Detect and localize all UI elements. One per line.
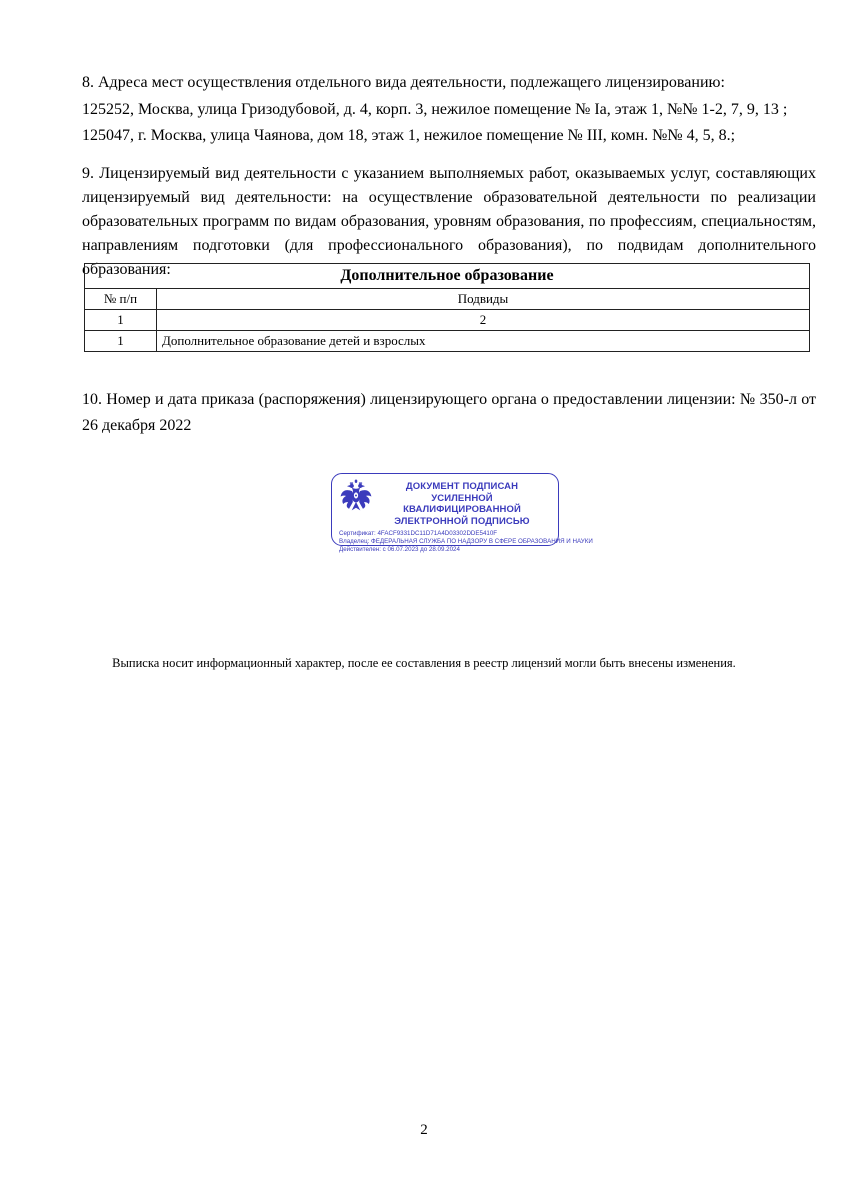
table-title-row: Дополнительное образование (85, 264, 810, 289)
stamp-certificate-line: Сертификат: 4FACF9331DC11D71A4D03302DDE5… (339, 530, 551, 538)
stamp-title-line: УСИЛЕННОЙ КВАЛИФИЦИРОВАННОЙ (373, 493, 551, 516)
section-9-line: направлениям подготовки (для профессиона… (82, 234, 816, 258)
additional-education-table: Дополнительное образование № п/п Подвиды… (84, 263, 810, 352)
stamp-validity-line: Действителен: с 06.07.2023 до 28.09.2024 (339, 546, 551, 554)
coat-of-arms-icon (339, 478, 373, 514)
section-10-line: 10. Номер и дата приказа (распоряжения) … (82, 387, 816, 413)
section-9-line: лицензируемый вид деятельности: на осуще… (82, 186, 816, 210)
column-header-subtypes: Подвиды (157, 289, 810, 310)
index-cell: 2 (157, 310, 810, 331)
table-row: 1 Дополнительное образование детей и взр… (85, 331, 810, 352)
section-9-line: образовательных программ по видам образо… (82, 210, 816, 234)
subtype-cell: Дополнительное образование детей и взрос… (157, 331, 810, 352)
section-8-line: 8. Адреса мест осуществления отдельного … (82, 70, 816, 97)
section-8-line: 125252, Москва, улица Гризодубовой, д. 4… (82, 97, 816, 124)
column-header-number: № п/п (85, 289, 157, 310)
table-header-row: № п/п Подвиды (85, 289, 810, 310)
stamp-title-line: ЭЛЕКТРОННОЙ ПОДПИСЬЮ (373, 516, 551, 528)
table-index-row: 1 2 (85, 310, 810, 331)
section-10-order-info: 10. Номер и дата приказа (распоряжения) … (82, 387, 816, 439)
stamp-owner-line: Владелец: ФЕДЕРАЛЬНАЯ СЛУЖБА ПО НАДЗОРУ … (339, 538, 551, 546)
table-title: Дополнительное образование (85, 264, 810, 289)
section-9-line: 9. Лицензируемый вид деятельности с указ… (82, 162, 816, 186)
section-8-addresses: 8. Адреса мест осуществления отдельного … (82, 70, 816, 150)
document-page: 8. Адреса мест осуществления отдельного … (0, 0, 848, 1200)
electronic-signature-stamp: ДОКУМЕНТ ПОДПИСАН УСИЛЕННОЙ КВАЛИФИЦИРОВ… (331, 473, 559, 546)
section-8-line: 125047, г. Москва, улица Чаянова, дом 18… (82, 123, 816, 150)
index-cell: 1 (85, 310, 157, 331)
page-number: 2 (0, 1122, 848, 1139)
stamp-title: ДОКУМЕНТ ПОДПИСАН УСИЛЕННОЙ КВАЛИФИЦИРОВ… (373, 478, 551, 527)
row-number-cell: 1 (85, 331, 157, 352)
extract-disclaimer-note: Выписка носит информационный характер, п… (0, 656, 848, 671)
section-10-line: 26 декабря 2022 (82, 413, 816, 439)
stamp-title-line: ДОКУМЕНТ ПОДПИСАН (373, 481, 551, 493)
